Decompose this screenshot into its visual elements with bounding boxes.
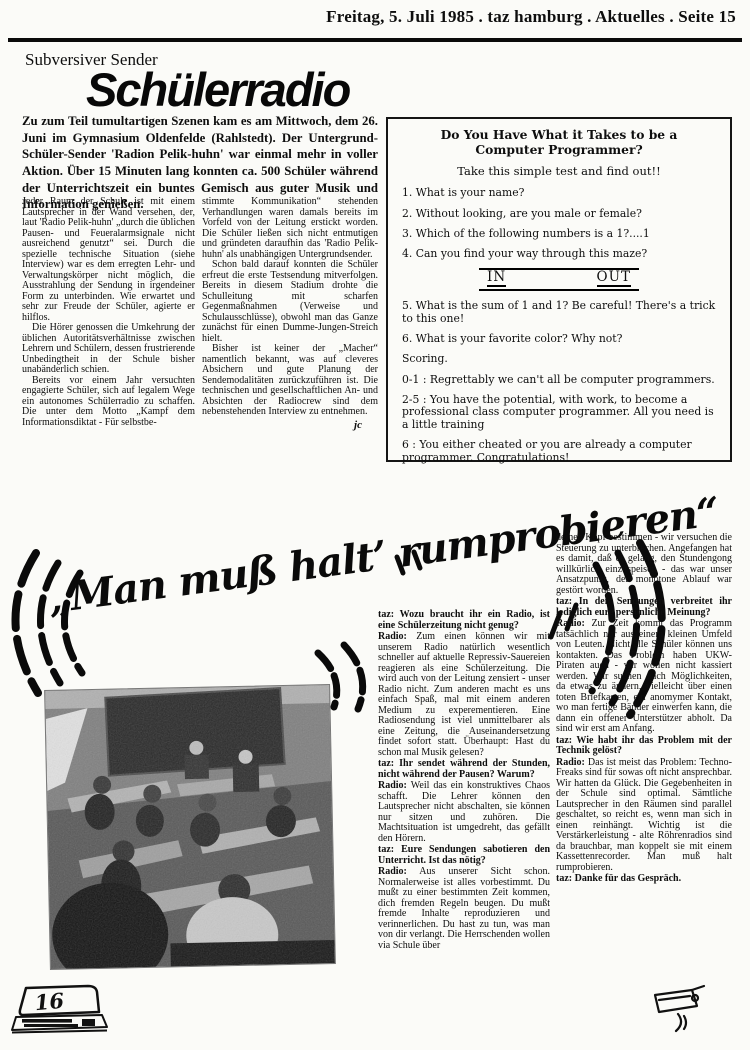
speaker-label: Radio: <box>378 631 407 642</box>
speaker-label: taz: <box>556 873 572 884</box>
quiz-subtitle: Take this simple test and find out!! <box>400 165 718 179</box>
classroom-photo <box>45 685 335 969</box>
page-number: 16 <box>34 988 66 1015</box>
quiz-scoring-title: Scoring. <box>402 353 718 366</box>
interview-question: taz: Eure Sendungen sabotieren den Unter… <box>378 845 550 866</box>
page-number-computer-icon: 16 <box>10 984 110 1042</box>
maze-graphic: IN OUT <box>479 268 639 291</box>
quiz-scoring-entry: 6 : You either cheated or you are alread… <box>402 439 718 464</box>
interview-question: taz: Wie habt ihr das Problem mit der Te… <box>556 736 732 757</box>
interview-question: taz: In den Sendungen verbreitet ihr led… <box>556 597 732 618</box>
classroom-photo-image <box>45 685 335 969</box>
speaker-label: taz: <box>378 758 394 769</box>
quiz-scoring-entry: 2-5 : You have the potential, with work,… <box>402 394 718 432</box>
maze-in-label: IN <box>487 270 506 287</box>
quiz-box: Do You Have What it Takes to be a Comput… <box>386 117 732 462</box>
article-paragraph: Jeder Raum der Schule ist mit einem Laut… <box>22 197 195 323</box>
speaker-label: taz: <box>556 735 572 746</box>
doodle-sketch <box>648 983 712 1039</box>
interview-answer: Radio: Aus unserer Sicht schon. Normaler… <box>378 867 550 951</box>
interview-answer: Radio: Zum einen können wir mit unserem … <box>378 632 550 758</box>
quiz-question: 6. What is your favorite color? Why not? <box>402 333 718 346</box>
interview-question: taz: Wozu braucht ihr ein Radio, ist ein… <box>378 610 550 631</box>
interview-answer: Radio: Zur Zeit kommt das Programm tatsä… <box>556 619 732 735</box>
quiz-question: 2. Without looking, are you male or fema… <box>402 208 718 221</box>
speaker-label: Radio: <box>378 866 407 877</box>
article-paragraph: Die Hörer genossen die Umkehrung der übl… <box>22 323 195 376</box>
article-title: Schülerradio <box>86 62 349 117</box>
article-paragraph: Schon bald darauf konnten die Schüler er… <box>202 260 378 344</box>
interview-answer: Radio: Das ist meist das Problem: Techno… <box>556 758 732 874</box>
quiz-question: 3. Which of the following numbers is a 1… <box>402 228 718 241</box>
quiz-question: 4. Can you find your way through this ma… <box>402 248 718 261</box>
quiz-question: 1. What is your name? <box>402 187 718 200</box>
maze-out-label: OUT <box>597 270 631 287</box>
interview-column-2: deinen Kopf bestimmen - wir versuchen di… <box>556 533 732 886</box>
speaker-label: Radio: <box>378 780 407 791</box>
interview-answer: Radio: Weil das ein konstruktives Chaos … <box>378 781 550 844</box>
quiz-scoring-entry: 0-1 : Regrettably we can't all be comput… <box>402 374 718 387</box>
interview-question: taz: Danke für das Gespräch. <box>556 874 732 885</box>
speaker-label: taz: <box>378 609 394 620</box>
quiz-question: 5. What is the sum of 1 and 1? Be carefu… <box>402 300 718 325</box>
interview-answer: deinen Kopf bestimmen - wir versuchen di… <box>556 533 732 596</box>
article-paragraph: stimmte Kommunikation“ stehenden Verhand… <box>202 197 378 260</box>
speaker-label: taz: <box>378 844 394 855</box>
article-paragraph: Bereits vor einem Jahr versuchten engagi… <box>22 376 195 429</box>
header-rule <box>8 38 742 42</box>
article-column-1: Jeder Raum der Schule ist mit einem Laut… <box>22 197 195 428</box>
quiz-title: Do You Have What it Takes to be a Comput… <box>416 127 702 158</box>
page-dateline: Freitag, 5. Juli 1985 . taz hamburg . Ak… <box>326 7 736 27</box>
article-paragraph: Bisher ist keiner der „Macher“ namentlic… <box>202 344 378 418</box>
article-column-2: stimmte Kommunikation“ stehenden Verhand… <box>202 197 378 430</box>
article-byline: jc <box>202 420 378 431</box>
speaker-label: Radio: <box>556 618 585 629</box>
speaker-label: Radio: <box>556 757 585 768</box>
interview-question: taz: Ihr sendet während der Stunden, nic… <box>378 759 550 780</box>
interview-column-1: taz: Wozu braucht ihr ein Radio, ist ein… <box>378 610 550 952</box>
speaker-label: taz: <box>556 596 572 607</box>
